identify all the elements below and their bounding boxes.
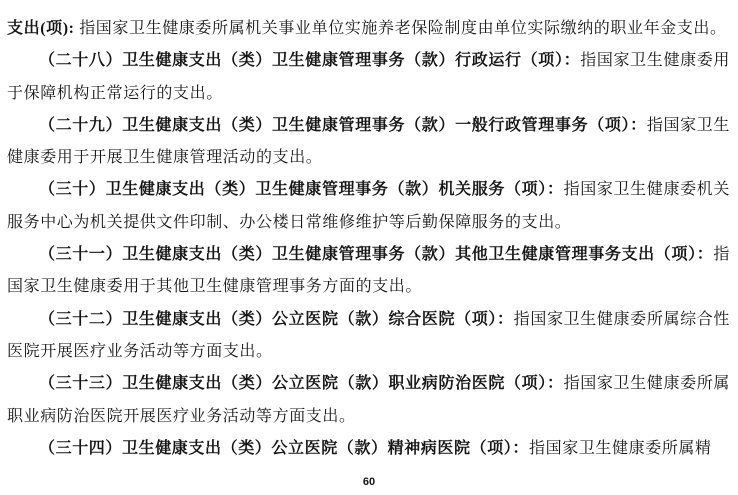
paragraph-lead: （三十一）卫生健康支出（类）卫生健康管理事务（款）其他卫生健康管理事务支出（项）… [39, 246, 713, 263]
paragraph-continuation: 支出(项): 指国家卫生健康委所属机关事业单位实施养老保险制度由单位实际缴纳的职… [7, 13, 730, 45]
paragraph-lead: （三十）卫生健康支出（类）卫生健康管理事务（款）机关服务（项）： [39, 181, 564, 198]
paragraph-item-31: （三十一）卫生健康支出（类）卫生健康管理事务（款）其他卫生健康管理事务支出（项）… [7, 239, 730, 304]
paragraph-item-32: （三十二）卫生健康支出（类）公立医院（款）综合医院（项）：指国家卫生健康委所属综… [7, 304, 730, 369]
paragraph-lead: （二十八）卫生健康支出（类）卫生健康管理事务（款）行政运行（项）： [39, 52, 580, 69]
paragraph-item-28: （二十八）卫生健康支出（类）卫生健康管理事务（款）行政运行（项）：指国家卫生健康… [7, 45, 730, 110]
paragraph-lead: （三十三）卫生健康支出（类）公立医院（款）职业病防治医院（项）： [39, 375, 564, 392]
paragraph-item-29: （二十九）卫生健康支出（类）卫生健康管理事务（款）一般行政管理事务（项）：指国家… [7, 110, 730, 175]
paragraph-item-33: （三十三）卫生健康支出（类）公立医院（款）职业病防治医院（项）：指国家卫生健康委… [7, 368, 730, 433]
page-number: 60 [0, 476, 738, 488]
paragraph-item-30: （三十）卫生健康支出（类）卫生健康管理事务（款）机关服务（项）：指国家卫生健康委… [7, 174, 730, 239]
paragraph-lead: （三十二）卫生健康支出（类）公立医院（款）综合医院（项）： [39, 311, 514, 328]
document-text-block: 支出(项): 指国家卫生健康委所属机关事业单位实施养老保险制度由单位实际缴纳的职… [7, 13, 730, 465]
document-page: 支出(项): 指国家卫生健康委所属机关事业单位实施养老保险制度由单位实际缴纳的职… [0, 0, 738, 495]
paragraph-body: 指国家卫生健康委所属精 [529, 440, 712, 457]
paragraph-item-34: （三十四）卫生健康支出（类）公立医院（款）精神病医院（项）：指国家卫生健康委所属… [7, 433, 730, 465]
paragraph-lead: （二十九）卫生健康支出（类）卫生健康管理事务（款）一般行政管理事务（项）： [39, 117, 647, 134]
paragraph-body: 指国家卫生健康委所属机关事业单位实施养老保险制度由单位实际缴纳的职业年金支出。 [79, 20, 726, 37]
paragraph-lead: 支出(项): [7, 20, 75, 37]
paragraph-lead: （三十四）卫生健康支出（类）公立医院（款）精神病医院（项）： [39, 440, 529, 457]
